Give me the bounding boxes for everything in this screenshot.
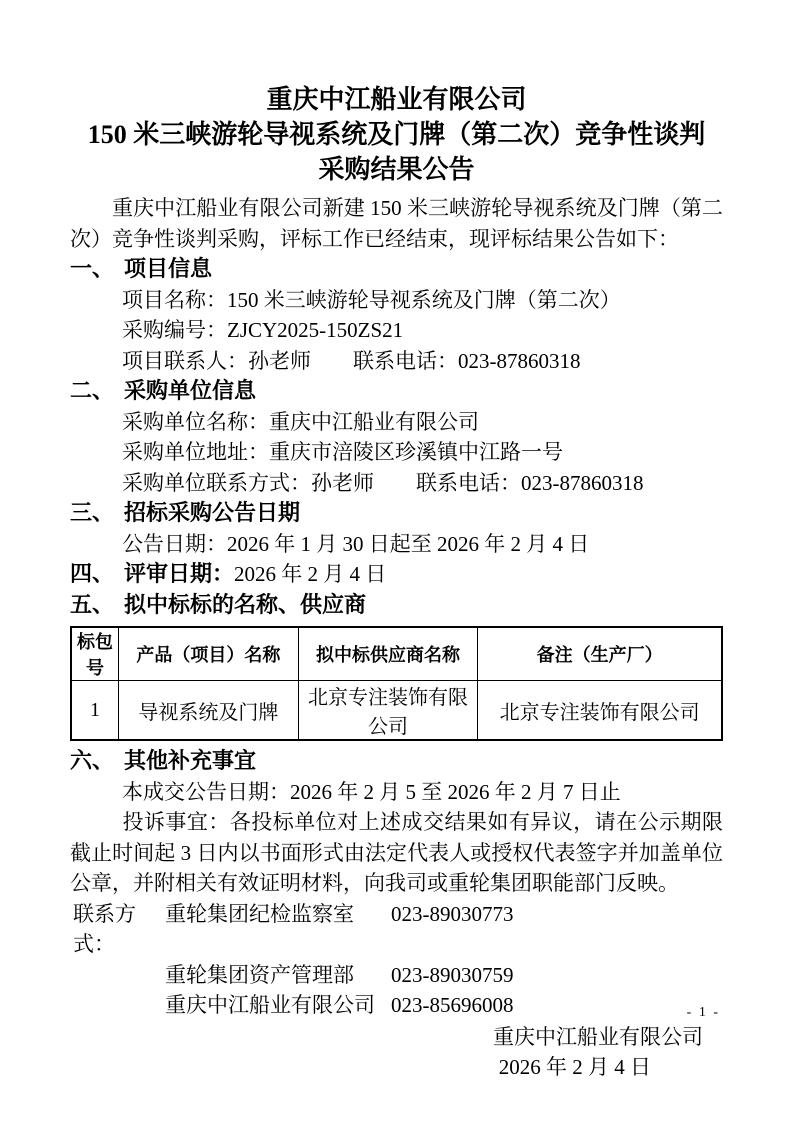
cell-supplier-name: 北京专注装饰有限公司 — [298, 681, 478, 741]
award-table: 标包号 产品（项目）名称 拟中标供应商名称 备注（生产厂） 1 导视系统及门牌 … — [70, 626, 723, 741]
section-2-number: 二、 — [70, 378, 114, 403]
section-4-number: 四、 — [70, 561, 114, 586]
signature-company: 重庆中江船业有限公司 — [70, 1022, 723, 1053]
section-5-heading: 五、拟中标标的名称、供应商 — [70, 590, 723, 621]
page-number: - 1 - — [687, 1005, 720, 1021]
section-1-title: 项目信息 — [124, 256, 212, 281]
cell-product-name: 导视系统及门牌 — [119, 681, 299, 741]
document-title: 重庆中江船业有限公司 150 米三峡游轮导视系统及门牌（第二次）竞争性谈判 采购… — [70, 82, 723, 187]
award-table-header-row: 标包号 产品（项目）名称 拟中标供应商名称 备注（生产厂） — [71, 627, 722, 681]
section-5-title: 拟中标标的名称、供应商 — [124, 592, 366, 617]
section-3-heading: 三、招标采购公告日期 — [70, 498, 723, 529]
review-date-value: 2026 年 2 月 4 日 — [234, 562, 386, 586]
contact-row-3: 重庆中江船业有限公司 023-85696008 — [70, 990, 723, 1021]
complaint-paragraph: 投诉事宜：各投标单位对上述成交结果如有异议，请在公示期限截止时间起 3 日内以书… — [70, 807, 723, 899]
header-supplier-name: 拟中标供应商名称 — [298, 627, 478, 681]
project-name-line: 项目名称：150 米三峡游轮导视系统及门牌（第二次） — [70, 285, 723, 316]
section-3-title: 招标采购公告日期 — [124, 500, 300, 525]
project-contact-line: 项目联系人：孙老师 联系电话：023-87860318 — [70, 346, 723, 377]
announcement-date-line: 公告日期：2026 年 1 月 30 日起至 2026 年 2 月 4 日 — [70, 529, 723, 560]
section-3-number: 三、 — [70, 500, 114, 525]
section-6-number: 六、 — [70, 748, 114, 773]
contacts-label-spacer-1 — [73, 960, 165, 991]
section-4-heading: 四、评审日期：2026 年 2 月 4 日 — [70, 559, 723, 590]
contact-phone-2: 023-89030759 — [391, 960, 514, 991]
section-6-title: 其他补充事宜 — [124, 748, 256, 773]
purchaser-name-line: 采购单位名称：重庆中江船业有限公司 — [70, 407, 723, 438]
contact-org-1: 重轮集团纪检监察室 — [165, 899, 391, 960]
section-1-heading: 一、项目信息 — [70, 254, 723, 285]
header-remark: 备注（生产厂） — [478, 627, 722, 681]
contact-org-3: 重庆中江船业有限公司 — [165, 990, 391, 1021]
section-2-heading: 二、采购单位信息 — [70, 376, 723, 407]
header-package-number: 标包号 — [71, 627, 119, 681]
purchaser-address-line: 采购单位地址：重庆市涪陵区珍溪镇中江路一号 — [70, 437, 723, 468]
contact-phone-1: 023-89030773 — [391, 899, 514, 960]
cell-package-number: 1 — [71, 681, 119, 741]
title-line-2: 150 米三峡游轮导视系统及门牌（第二次）竞争性谈判 — [70, 117, 723, 152]
signature-block: 重庆中江船业有限公司 2026 年 2 月 4 日 — [70, 1022, 723, 1083]
award-table-row: 1 导视系统及门牌 北京专注装饰有限公司 北京专注装饰有限公司 — [71, 681, 722, 741]
section-4-title: 评审日期： — [124, 561, 234, 586]
section-1-number: 一、 — [70, 256, 114, 281]
document-page: 重庆中江船业有限公司 150 米三峡游轮导视系统及门牌（第二次）竞争性谈判 采购… — [0, 0, 793, 1122]
title-line-3: 采购结果公告 — [70, 152, 723, 187]
section-6-heading: 六、其他补充事宜 — [70, 746, 723, 777]
contacts-label: 联系方式： — [73, 899, 165, 960]
contacts-label-spacer-2 — [73, 990, 165, 1021]
section-5-number: 五、 — [70, 592, 114, 617]
contact-org-2: 重轮集团资产管理部 — [165, 960, 391, 991]
purchaser-contact-line: 采购单位联系方式：孙老师 联系电话：023-87860318 — [70, 468, 723, 499]
signature-date: 2026 年 2 月 4 日 — [70, 1052, 723, 1083]
cell-remark: 北京专注装饰有限公司 — [478, 681, 722, 741]
header-product-name: 产品（项目）名称 — [119, 627, 299, 681]
deal-announcement-date-line: 本成交公告日期：2026 年 2 月 5 至 2026 年 2 月 7 日止 — [70, 777, 723, 808]
intro-paragraph: 重庆中江船业有限公司新建 150 米三峡游轮导视系统及门牌（第二次）竞争性谈判采… — [70, 193, 723, 254]
contact-row-1: 联系方式： 重轮集团纪检监察室 023-89030773 — [70, 899, 723, 960]
procurement-number-line: 采购编号：ZJCY2025-150ZS21 — [70, 315, 723, 346]
contact-row-2: 重轮集团资产管理部 023-89030759 — [70, 960, 723, 991]
title-line-1: 重庆中江船业有限公司 — [70, 82, 723, 117]
section-2-title: 采购单位信息 — [124, 378, 256, 403]
contact-phone-3: 023-85696008 — [391, 990, 514, 1021]
